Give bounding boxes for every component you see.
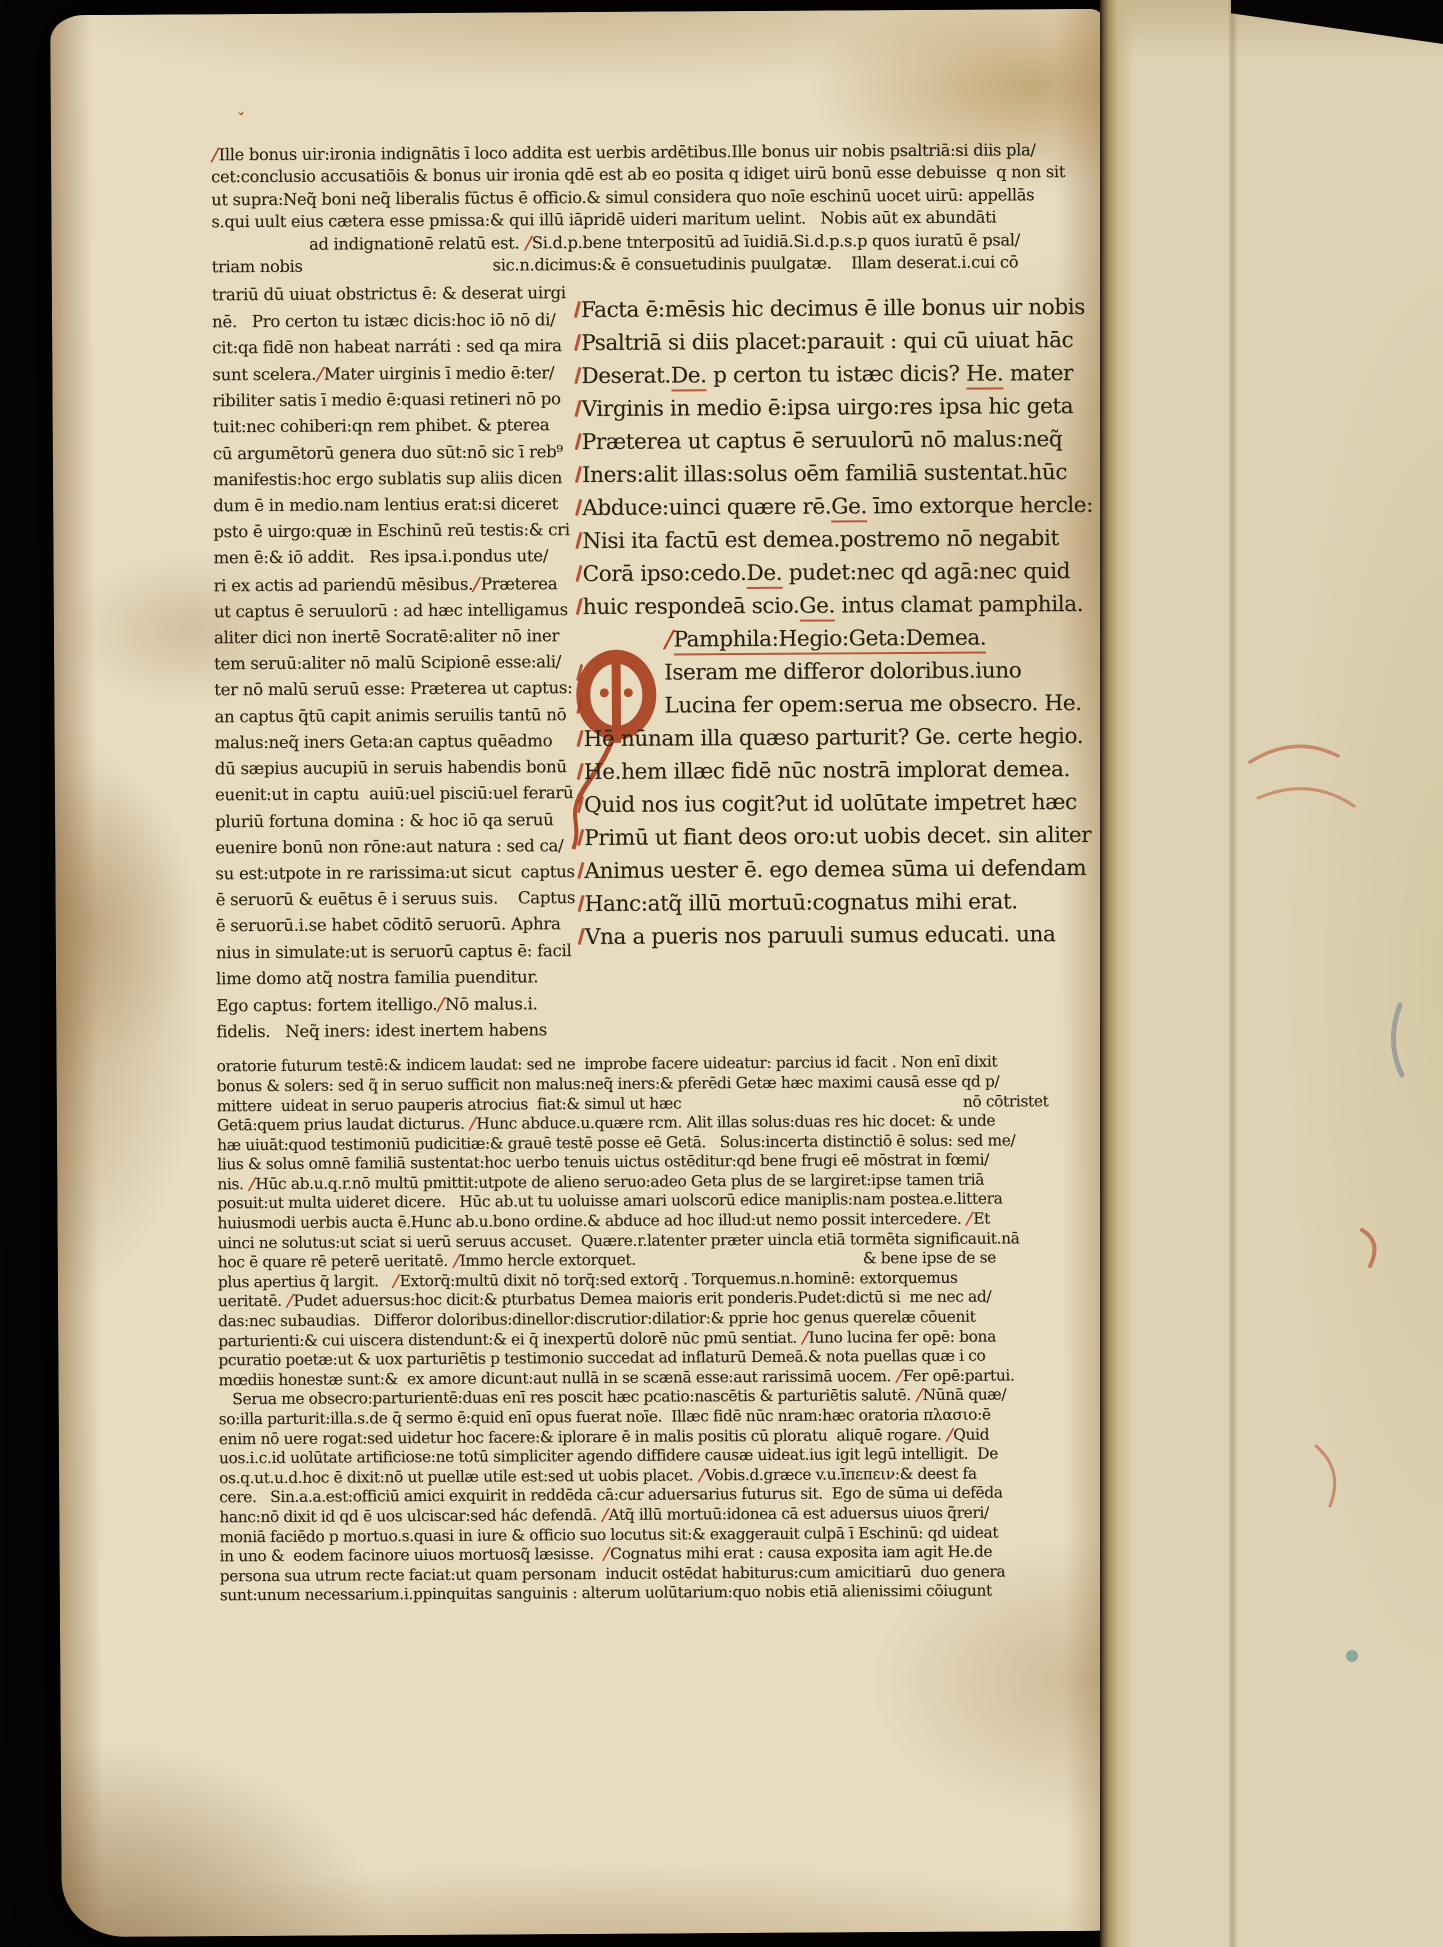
text-line: manifestis:hoc ergo sublatis sup aliis d… <box>213 465 565 493</box>
rubric-paragraph-mark: / <box>435 989 448 1018</box>
text-line: triam nobis sic.n.dicimus:& ē consuetudi… <box>212 251 1068 279</box>
book-page: ˇ /Ille bonus uir:ironia indignātis ī lo… <box>50 9 1118 1937</box>
text-line: Lucina fer opem:serua me obsecro. He. <box>576 687 1068 723</box>
text-line: nius in simulate:ut is seruorū captus ē:… <box>216 938 568 966</box>
text-line: Psaltriā si diis placet:parauit : qui cū… <box>574 324 1066 360</box>
red-show-through-curve <box>1250 746 1338 762</box>
text-line: tuit:nec cohiberi:qn rem phibet. & ptere… <box>213 413 565 441</box>
text-line: ē seruorū & euētus ē i seruus suis. Capt… <box>215 885 567 913</box>
text-line: Abduce:uinci quære rē.Ge. īmo extorque h… <box>575 489 1067 525</box>
text-line: pluriū fortuna domina : & hoc iō qa seru… <box>215 807 567 835</box>
text-line: Hē nūnam illa quæso parturit? Ge. certe … <box>576 720 1068 756</box>
text-line: euenire bonū non rōne:aut natura : sed c… <box>215 833 567 861</box>
text-line: tem seruū:aliter nō malū Scipionē esse:a… <box>214 649 566 677</box>
red-margin-tick: ˇ <box>237 109 248 128</box>
rubric-paragraph-mark: / <box>451 1251 462 1273</box>
text-line: malus:neq̃ iners Geta:an captus quēadmo <box>215 728 567 756</box>
teal-show-through-dot <box>1346 1650 1358 1662</box>
text-line: dum ē in medio.nam lentius erat:si dicer… <box>213 491 565 519</box>
adjacent-page-edge <box>1100 0 1443 1947</box>
main-lines-after: Hē nūnam illa quæso parturit? Ge. certe … <box>576 720 1069 954</box>
text-line: an captus q̄tū capit animis seruilis tan… <box>214 702 566 730</box>
rubric-paragraph-mark: / <box>246 1174 257 1196</box>
text-line: lime domo atq̃ nostra familia puenditur. <box>216 964 568 992</box>
rubric-paragraph-mark: / <box>471 569 484 598</box>
rubric-paragraph-mark: / <box>914 1385 925 1407</box>
top-commentary: /Ille bonus uir:ironia indignātis ī loco… <box>211 139 1068 279</box>
rubric-paragraph-mark: / <box>467 1114 478 1136</box>
red-underlined-text: Ge. <box>799 594 835 622</box>
text-line: dū sæpius aucupiū in seruis habendis bon… <box>215 754 567 782</box>
text-line: ut captus ē seruulorū : ad hæc intelliga… <box>214 597 566 625</box>
red-show-through-curve <box>1258 789 1354 806</box>
text-line: Animus uester ē. ego demea sūma ui defen… <box>577 852 1069 888</box>
initial-lines: Iseram me differor doloribus.iunoLucina … <box>576 654 1068 723</box>
text-line: ter nō malū seruū esse: Præterea ut capt… <box>214 676 566 704</box>
text-line: trariū dū uiuat obstrictus ē: & deserat … <box>212 281 564 309</box>
rubric-paragraph-mark: / <box>314 359 327 388</box>
text-line: su est:utpote in re rarissima:ut sicut c… <box>215 859 567 887</box>
rubric-paragraph-mark: / <box>944 1424 955 1446</box>
text-line: Iners:alit illas:solus oēm familiā suste… <box>575 456 1067 492</box>
text-line: Nisi ita factū est demea.postremo nō neg… <box>575 522 1067 558</box>
text-line: He.hem illæc fidē nūc nostrā implorat de… <box>577 753 1069 789</box>
text-line: ribiliter satis ī medio ē:quasi retineri… <box>212 386 564 414</box>
rubric-paragraph-mark: / <box>601 1544 612 1566</box>
rubric-paragraph-mark: / <box>522 231 534 256</box>
text-line: ē seruorū.i.se habet cōditō seruorū. Aph… <box>216 911 568 939</box>
text-line: Deserat.De. p certon tu istæc dicis? He.… <box>574 357 1066 393</box>
bottom-commentary: oratorie futurum testē:& indicem laudat:… <box>217 1052 1076 1606</box>
rubric-paragraph-mark: / <box>600 1505 611 1527</box>
text-line: cū argumētorū genera duo sūt:nō sic ī re… <box>213 439 565 467</box>
text-line: Iseram me differor doloribus.iuno <box>576 654 1068 690</box>
text-line: Virginis in medio ē:ipsa uirgo:res ipsa … <box>574 390 1066 426</box>
text-block: /Ille bonus uir:ironia indignātis ī loco… <box>211 139 1076 1606</box>
text-line: Corā ipso:cedo.De. pudet:nec qd agā:nec … <box>575 555 1067 591</box>
red-underlined-text: De. <box>746 561 782 589</box>
text-line: ri ex actis ad pariendū mēsibus./Prætere… <box>214 570 566 599</box>
red-underlined-text: He. <box>966 362 1003 390</box>
text-line: Hanc:atq̃ illū mortuū:cognatus mihi erat… <box>577 885 1069 921</box>
text-line: sunt scelera./Mater uirginis ī medio ē:t… <box>212 359 564 388</box>
text-line: Vna a pueris nos paruuli sumus educati. … <box>578 918 1070 954</box>
text-line: Quid nos ius cogit?ut id uolūtate impetr… <box>577 786 1069 822</box>
text-line: Ego captus: fortem itelligo./Nō malus.i. <box>216 990 568 1019</box>
text-line: huic respondeā scio.Ge. intus clamat pam… <box>576 588 1068 624</box>
main-lines-before: Facta ē:mēsis hic decimus ē ille bonus u… <box>574 291 1068 624</box>
text-line: nē. Pro certon tu istæc dicis:hoc iō nō … <box>212 307 564 335</box>
text-line: cit:qa fidē non habeat narráti : sed qa … <box>212 333 564 361</box>
text-line: Primū ut fiant deos oro:ut uobis decet. … <box>577 819 1069 855</box>
text-line: aliter dici non inertē Socratē:aliter nō… <box>214 623 566 651</box>
red-underlined-text: De. <box>671 364 707 392</box>
scene-heading: /Pamphila:Hegio:Geta:Demea. <box>664 621 1068 656</box>
two-column-region: trariū dū uiuat obstrictus ē: & deserat … <box>212 277 1073 1045</box>
red-underlined-text: Ge. <box>831 495 867 523</box>
rubric-paragraph-mark: / <box>391 1271 402 1293</box>
red-underlined-text: Pamphila:Hegio:Geta:Demea. <box>673 626 986 656</box>
red-show-through-curve <box>1316 1446 1335 1506</box>
left-commentary-column: trariū dū uiuat obstrictus ē: & deserat … <box>212 281 569 1046</box>
text-line: men ē:& iō addit. Res ipsa.i.pondus ute/ <box>213 544 565 572</box>
rubric-paragraph-mark: / <box>894 1366 905 1388</box>
show-through-marks <box>1100 0 1443 1947</box>
red-show-through-hook <box>1362 1230 1375 1266</box>
text-line: Præterea ut captus ē seruulorū nō malus:… <box>575 423 1067 459</box>
rubric-paragraph-mark: / <box>800 1327 811 1349</box>
text-line: fidelis. Neq̃ iners: idest inertem haben… <box>216 1017 568 1045</box>
blue-show-through-stroke <box>1393 1005 1402 1075</box>
text-line: psto ē uirgo:quæ in Eschinū reū testis:&… <box>213 517 565 545</box>
rubric-paragraph-mark: / <box>209 143 221 168</box>
main-text-column: Facta ē:mēsis hic decimus ē ille bonus u… <box>574 291 1071 1043</box>
rubric-paragraph-mark: / <box>285 1291 296 1313</box>
scan-background: { "colors": { "background": "#060503", "… <box>0 0 1443 1947</box>
rubric-paragraph-mark: / <box>696 1465 707 1487</box>
rubric-paragraph-mark: / <box>964 1209 975 1231</box>
initial-paragraph: Iseram me differor doloribus.iunoLucina … <box>576 654 1068 723</box>
text-line: Facta ē:mēsis hic decimus ē ille bonus u… <box>574 291 1066 327</box>
text-line: sunt:unum necessarium.i.ppinquitas sangu… <box>220 1581 1076 1606</box>
text-line: euenit:ut in captu auiū:uel pisciū:uel f… <box>215 780 567 808</box>
